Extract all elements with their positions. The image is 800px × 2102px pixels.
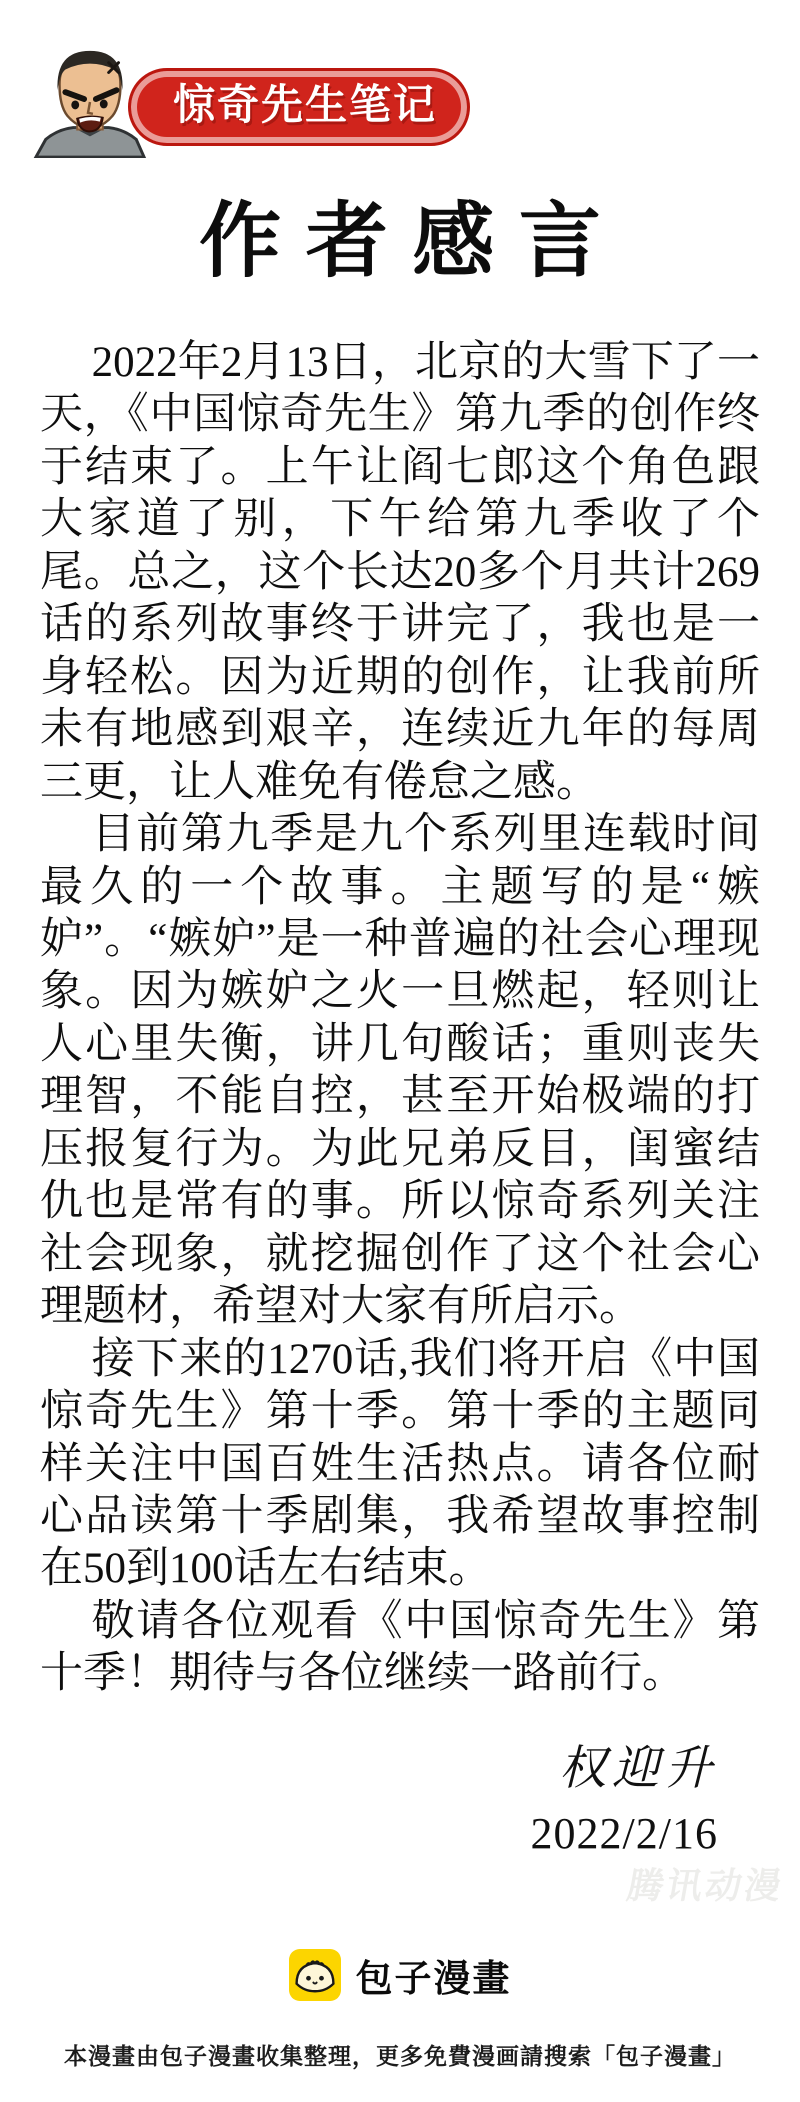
angry-man-avatar-icon [30, 44, 148, 158]
series-title-badge: 惊奇先生笔记 [128, 68, 470, 146]
author-name: 权迎升 [0, 1731, 718, 1798]
author-note-page: 惊奇先生笔记 作者感言 2022年2月13日，北京的大雪下了一天，《中国惊奇先生… [0, 0, 800, 2102]
note-paragraph-1: 2022年2月13日，北京的大雪下了一天，《中国惊奇先生》第九季的创作终于结束了… [40, 337, 760, 809]
brand-row: 包子漫畫 [0, 1948, 800, 2002]
brand-name: 包子漫畫 [356, 1948, 512, 2002]
note-paragraph-2: 目前第九季是九个系列里连载时间最久的一个故事。主题写的是“嫉妒”。“嫉妒”是一种… [40, 809, 760, 1334]
footer-note: 本漫畫由包子漫畫收集整理，更多免費漫画請搜索「包子漫畫」 [0, 2038, 800, 2071]
platform-watermark: 腾讯动漫 [623, 1858, 788, 1909]
signature-block: 权迎升 2022/2/16 [0, 1731, 718, 1859]
signature-date: 2022/2/16 [0, 1808, 718, 1859]
baozi-bun-icon [289, 1949, 341, 2001]
note-paragraph-3: 接下来的1270话,我们将开启《中国惊奇先生》第十季。第十季的主题同样关注中国百… [40, 1334, 760, 1596]
note-paragraph-4: 敬请各位观看《中国惊奇先生》第十季！期待与各位继续一路前行。 [40, 1596, 760, 1701]
series-logo: 惊奇先生笔记 [30, 44, 470, 158]
author-note-body: 2022年2月13日，北京的大雪下了一天，《中国惊奇先生》第九季的创作终于结束了… [40, 337, 760, 1701]
